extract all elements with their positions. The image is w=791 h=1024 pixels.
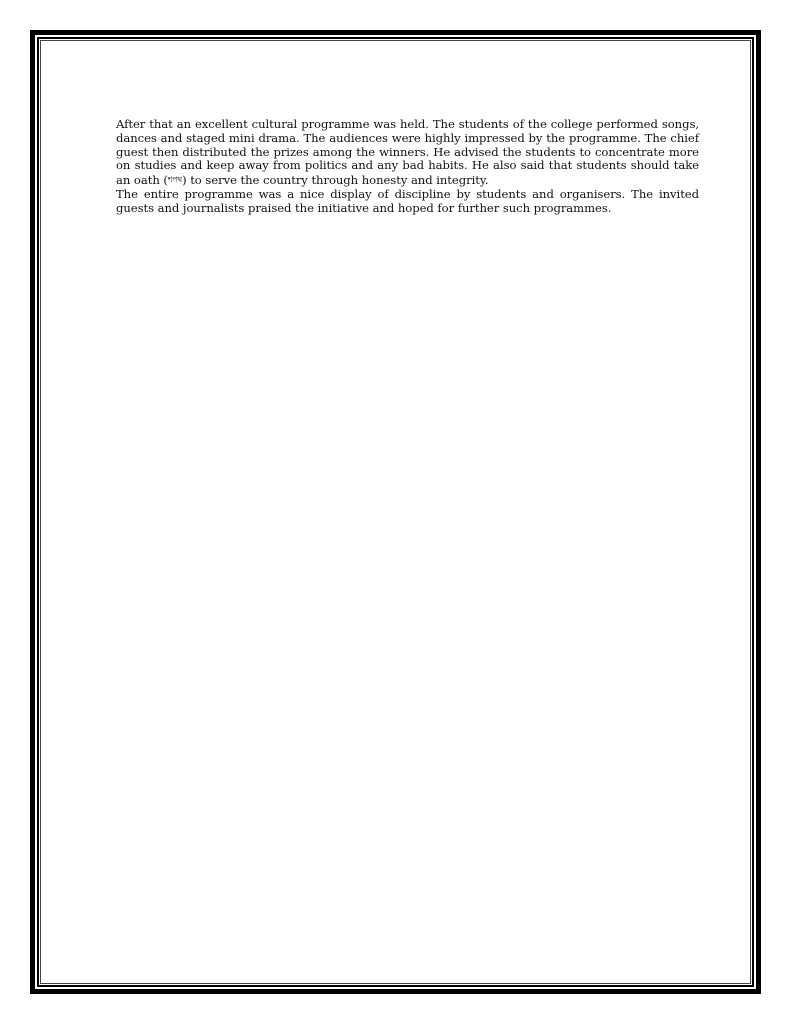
bengali-word-oath: শপথ xyxy=(168,175,182,184)
paragraph-conclusion: The entire programme was a nice display … xyxy=(116,188,699,216)
document-body: After that an excellent cultural program… xyxy=(116,118,699,216)
document-page: After that an excellent cultural program… xyxy=(0,0,791,1024)
paragraph-text-part2: ) to serve the country through honesty a… xyxy=(182,173,488,187)
paragraph-cultural-programme: After that an excellent cultural program… xyxy=(116,118,699,188)
